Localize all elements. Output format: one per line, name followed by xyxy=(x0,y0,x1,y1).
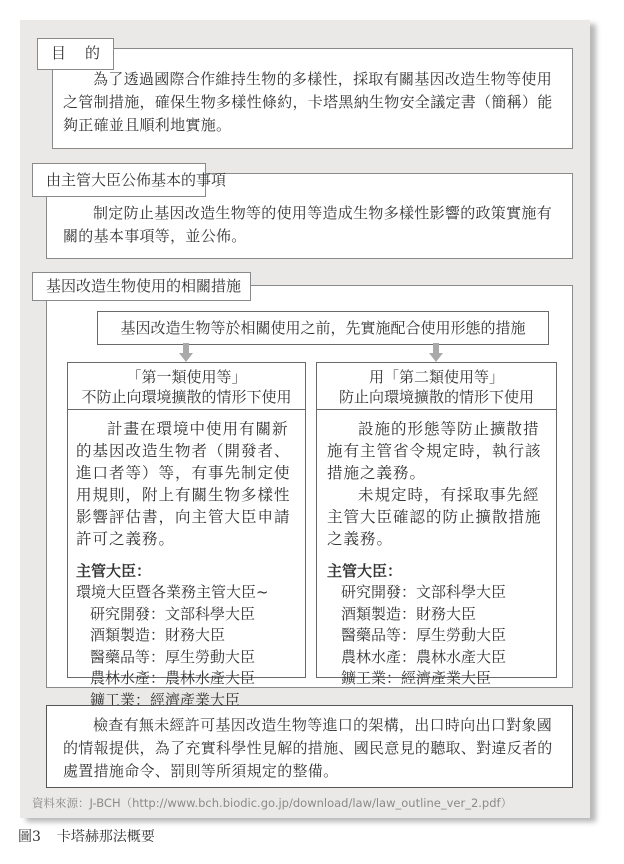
type1-header: 「第一類使用等」 不防止向環境擴散的情形下使用 xyxy=(67,362,306,410)
type2-header-line1: 用「第二類使用等」 xyxy=(317,367,556,387)
type1-minister-item: 研究開發：文部科學大臣 xyxy=(76,604,300,626)
type1-minister-lead: 環境大臣暨各業務主管大臣~ xyxy=(76,582,300,604)
type1-minister-item: 酒類製造：財務大臣 xyxy=(76,625,300,647)
measures-tab: 基因改造生物使用的相關措施 xyxy=(32,272,251,301)
type1-body: 計畫在環境中使用有關新的基因改造生物者（開發者、進口者等）等，有事先制定使用規則… xyxy=(67,410,306,678)
type2-minister-item: 醫藥品等：厚生勞動大臣 xyxy=(327,625,549,647)
purpose-tab: 目 的 xyxy=(37,38,114,70)
figure-caption: 圖3卡塔赫那法概要 xyxy=(18,826,155,846)
basic-matters-tab: 由主管大臣公佈基本的事項 xyxy=(32,163,206,197)
type2-header-line2: 防止向環境擴散的情形下使用 xyxy=(317,387,556,407)
purpose-text: 為了透過國際合作維持生物的多樣性，採取有關基因改造生物等使用之管制措施，確保生物… xyxy=(63,68,563,137)
type2-body-text-1: 設施的形態等防止擴散措施有主管省令規定時，執行該措施之義務。 xyxy=(327,418,549,484)
type1-minister-item: 農林水產：農林水產大臣 xyxy=(76,668,300,690)
type2-body: 設施的形態等防止擴散措施有主管省令規定時，執行該措施之義務。 未規定時，有採取事… xyxy=(316,410,557,678)
figure-number: 圖3 xyxy=(18,829,41,845)
type1-minister-item: 醫藥品等：厚生勞動大臣 xyxy=(76,647,300,669)
source-citation: 資料來源：J-BCH（http://www.bch.biodic.go.jp/d… xyxy=(32,795,512,811)
type2-minister-item: 農林水產：農林水產大臣 xyxy=(327,647,549,669)
type1-minister-title: 主管大臣： xyxy=(76,560,300,582)
measures-top-text: 基因改造生物等於相關使用之前，先實施配合使用形態的措施 xyxy=(98,319,548,337)
type1-body-text: 計畫在環境中使用有關新的基因改造生物者（開發者、進口者等）等，有事先制定使用規則… xyxy=(76,418,300,550)
basic-matters-text: 制定防止基因改造生物等的使用等造成生物多樣性影響的政策實施有關的基本事項等，並公… xyxy=(63,202,563,248)
measures-top-box: 基因改造生物等於相關使用之前，先實施配合使用形態的措施 xyxy=(97,311,549,345)
figure-title: 卡塔赫那法概要 xyxy=(57,829,155,845)
type2-minister-item: 鑛工業：經濟產業大臣 xyxy=(327,668,549,690)
import-export-box: 檢查有無未經許可基因改造生物等進口的架構，出口時向出口對象國的情報提供，為了充實… xyxy=(46,705,573,788)
type1-header-line1: 「第一類使用等」 xyxy=(68,367,305,387)
import-export-text: 檢查有無未經許可基因改造生物等進口的架構，出口時向出口對象國的情報提供，為了充實… xyxy=(63,714,563,783)
type1-header-line2: 不防止向環境擴散的情形下使用 xyxy=(68,387,305,407)
arrow-down-icon-left xyxy=(179,343,193,363)
type2-body-text-2: 未規定時，有採取事先經主管大臣確認的防止擴散措施之義務。 xyxy=(327,484,549,550)
arrow-down-icon-right xyxy=(429,343,443,363)
type2-minister-item: 研究開發：文部科學大臣 xyxy=(327,582,549,604)
type2-minister-title: 主管大臣： xyxy=(327,560,549,582)
type2-header: 用「第二類使用等」 防止向環境擴散的情形下使用 xyxy=(316,362,557,410)
purpose-box: 為了透過國際合作維持生物的多樣性，採取有關基因改造生物等使用之管制措施，確保生物… xyxy=(52,48,573,149)
type2-minister-item: 酒類製造：財務大臣 xyxy=(327,604,549,626)
